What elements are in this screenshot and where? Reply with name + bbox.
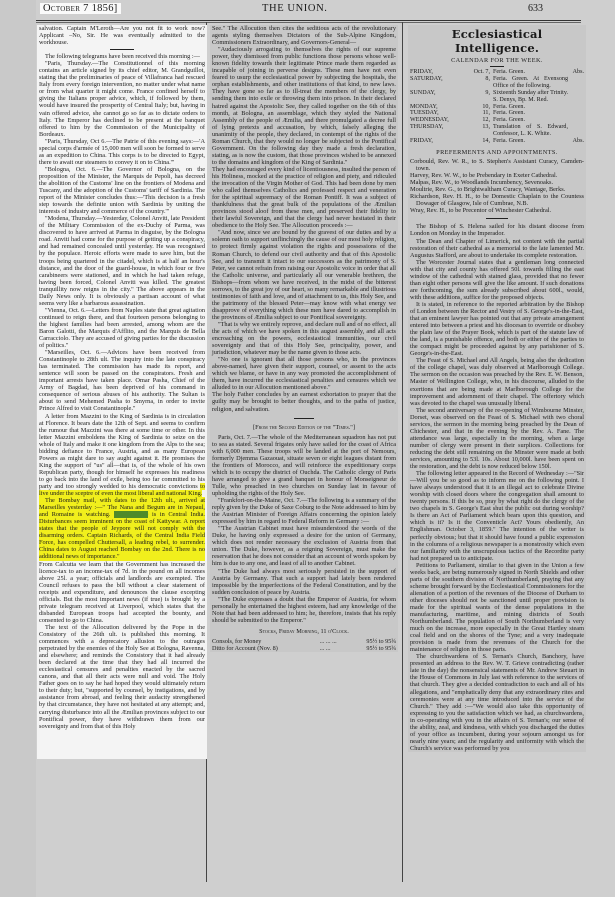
separator-rule bbox=[110, 49, 134, 50]
paragraph-frankfort: "Frankfort-on-the-Maine, Oct. 7.—The fol… bbox=[212, 497, 396, 525]
column-middle: See." The Allocution then cites the sedi… bbox=[210, 25, 398, 652]
stock-value: 95½ to 95¾ bbox=[348, 638, 396, 645]
preferment-item: Corbould, Rev. W. R., to S. Stephen's As… bbox=[410, 158, 584, 172]
paragraph: "The Duke expresses a doubt that the Emp… bbox=[212, 596, 396, 624]
stock-dots: ... ... bbox=[320, 645, 348, 652]
mazzini-letter: A letter from Mazzini to the King of Sar… bbox=[39, 413, 205, 498]
paragraph: See." The Allocution then cites the sedi… bbox=[212, 25, 396, 46]
calendar-row: FRIDAY,14,Feria. Green.Abs. bbox=[410, 138, 584, 145]
stock-label: Ditto for Account (Nov. 8) bbox=[212, 645, 320, 652]
calendar-table: FRIDAY,Oct. 7,Feria. Green.Abs. SATURDAY… bbox=[410, 69, 584, 145]
stocks-row: Ditto for Account (Nov. 8) ... ... 95½ t… bbox=[212, 645, 396, 652]
stocks-heading: Stocks, Friday Morning, 11 o'Clock. bbox=[212, 628, 396, 635]
section-heading-times: [From the Second Edition of the "Times."… bbox=[212, 424, 396, 431]
separator-rule bbox=[294, 418, 314, 419]
paragraph: salvation. Captain M'Leroth—Are you not … bbox=[39, 25, 205, 46]
telegram-vienna: "Vienna, Oct. 6.—Letters from Naples sta… bbox=[39, 307, 205, 349]
preferment-item: Richardson, Rev. H. H., to be Domestic C… bbox=[410, 193, 584, 207]
calcutta-news: From Calcutta we learn that the Governme… bbox=[39, 561, 205, 624]
separator-rule bbox=[486, 218, 508, 219]
calendar-row: THURSDAY,13,Translation of S. Edward, Co… bbox=[410, 124, 584, 138]
preferment-item: Harvey, Rev. W. W., to be Prebendary in … bbox=[410, 172, 584, 179]
preferment-item: Malpas, Rev. W., to Woodlands Incumbency… bbox=[410, 179, 584, 186]
header-rule-secondary bbox=[36, 22, 581, 23]
paragraph: "No one is ignorant that all those perso… bbox=[212, 356, 396, 391]
paragraph: The Worcester Journal states that a gent… bbox=[410, 259, 584, 301]
paragraph: The Dean and Chapter of Limerick, not co… bbox=[410, 238, 584, 259]
newspaper-title: THE UNION. bbox=[262, 3, 328, 14]
telegram-modena: "Modena, Thursday.—Yesterday, Colonel An… bbox=[39, 215, 205, 307]
paragraph: The churchwardens of S. Ternan's Church,… bbox=[410, 653, 584, 752]
paragraph: The following letter appeared in the Rec… bbox=[410, 470, 584, 562]
calendar-title: CALENDAR FOR THE WEEK. bbox=[410, 57, 584, 64]
section-title: Ecclesiastical Intelligence. bbox=[410, 27, 584, 55]
calendar-row: SATURDAY,8,Feria. Green. At Evensong Off… bbox=[410, 76, 584, 90]
paragraph: "'The Austrian Cabinet must have misunde… bbox=[212, 525, 396, 567]
paragraph: "And now, since we are bound by the grav… bbox=[212, 229, 396, 321]
separator-rule bbox=[490, 66, 504, 67]
preferment-item: Moultrie, Rev. G., to Brightwaltham Cura… bbox=[410, 186, 584, 193]
header-rule bbox=[36, 20, 581, 21]
column-left: salvation. Captain M'Leroth—Are you not … bbox=[37, 25, 207, 759]
preferment-item: Wray, Rev. H., to be Precentor of Winche… bbox=[410, 207, 584, 214]
paragraph: The following telegrams have been receiv… bbox=[39, 53, 205, 60]
preferments-list: Corbould, Rev. W. R., to S. Stephen's As… bbox=[410, 158, 584, 214]
page-header: October 7 1856] THE UNION. 633 bbox=[40, 3, 560, 20]
page-number: 633 bbox=[528, 3, 543, 14]
paragraph: "Audaciously arrogating to themselves th… bbox=[212, 46, 396, 166]
column-right: Ecclesiastical Intelligence. CALENDAR FO… bbox=[408, 25, 586, 752]
telegram-bologna: "Bologna, Oct. 6.—The Governor of Bologn… bbox=[39, 166, 205, 215]
paragraph: It is stated, in reference to the report… bbox=[410, 301, 584, 357]
telegram-paris: "Paris, Thursday.—The Constitutionnel of… bbox=[39, 60, 205, 138]
stock-value: 95½ to 95¾ bbox=[348, 645, 396, 652]
paragraph: "The Duke had always most seriously pers… bbox=[212, 568, 396, 596]
redacted-highlight[interactable]: Tantia Topee bbox=[114, 511, 148, 518]
calendar-row: TUESDAY,11,Feria. Green. bbox=[410, 110, 584, 117]
stocks-row: Consols, for Money ... ... ... 95½ to 95… bbox=[212, 638, 396, 645]
column-divider bbox=[402, 22, 403, 882]
page-date: October 7 1856] bbox=[40, 3, 121, 14]
allocution-text: The text of the Allocution delivered by … bbox=[39, 624, 205, 730]
telegram-marseilles: "Marseilles, Oct. 6.—Advices have been r… bbox=[39, 349, 205, 412]
bombay-mail-highlight[interactable]: The Bombay mail, with dates to the 12th … bbox=[39, 497, 205, 560]
paragraph-paris: Paris, Oct. 7.—The whole of the Mediterr… bbox=[212, 434, 396, 497]
stock-label: Consols, for Money bbox=[212, 638, 320, 645]
paragraph: Petitions to Parliament, similar to that… bbox=[410, 562, 584, 654]
telegram-paris-patrie: "Paris, Thursday, Oct 6.—The Patrie of t… bbox=[39, 138, 205, 166]
paragraph: The second anniversary of the re-opening… bbox=[410, 407, 584, 470]
stock-dots: ... ... ... bbox=[320, 638, 348, 645]
calendar-row: FRIDAY,Oct. 7,Feria. Green.Abs. bbox=[410, 69, 584, 76]
calendar-row: MONDAY,10,Feria. Green. bbox=[410, 104, 584, 111]
paragraph: The Feast of S. Michael and All Angels, … bbox=[410, 357, 584, 406]
preferments-title: PREFERMENTS AND APPOINTMENTS. bbox=[410, 149, 584, 156]
stocks-table: Consols, for Money ... ... ... 95½ to 95… bbox=[212, 638, 396, 652]
calendar-row: SUNDAY,9,Sixteenth Sunday after Trinity.… bbox=[410, 90, 584, 104]
paragraph: "That is why we entirely reprove, and de… bbox=[212, 321, 396, 356]
paragraph: The Bishop of S. Helena sailed for his d… bbox=[410, 223, 584, 237]
paragraph: They had encouraged every kind of licent… bbox=[212, 166, 396, 229]
paragraph: The holy Father concludes by an earnest … bbox=[212, 391, 396, 412]
